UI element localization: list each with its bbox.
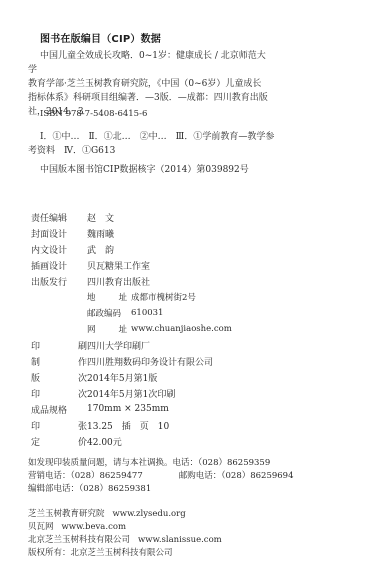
postcode-label: 邮政编码 — [87, 307, 131, 319]
credits-block: 责任编辑 赵 文 封面设计 魏雨曦 内文设计 武 韵 插画设计 贝瓦糖果工作室 … — [31, 209, 351, 449]
credit-label: 插画设计 — [31, 259, 87, 272]
production-label: 定 价 — [31, 435, 87, 448]
site-url[interactable]: www.slanissue.com — [138, 535, 222, 545]
production-value: 四川大学印刷厂 — [87, 339, 150, 352]
label-char: 印 — [31, 419, 40, 432]
production-value: 2014年5月第1版 — [87, 371, 157, 384]
label-char: 张 — [78, 419, 87, 432]
classification-line: 考资料 Ⅳ．①G613 — [28, 144, 288, 158]
credit-value: 武 韵 — [87, 243, 114, 256]
website-value: www.chuanjiaoshe.com — [131, 324, 232, 334]
website-label: 网 址 — [87, 323, 131, 335]
production-row-printing: 印 刷 四川大学印刷厂 — [31, 337, 351, 353]
label-char: 定 — [31, 435, 40, 448]
production-value: 13.25 插 页 10 — [87, 419, 169, 432]
production-value: 170mm × 235mm — [87, 404, 169, 414]
copyright-page: 图书在版编目（CIP）数据 中国儿童全效成长攻略．0~1岁：健康成长 / 北京师… — [0, 0, 375, 569]
publisher-address-row: 地 址 成都市槐树街2号 — [31, 289, 351, 305]
production-label: 制 作 — [31, 355, 87, 368]
production-value: 四川胜翔数码印务设计有限公司 — [87, 355, 213, 368]
production-label: 印 张 — [31, 419, 87, 432]
label-char: 网 — [87, 323, 96, 335]
credit-row-editor: 责任编辑 赵 文 — [31, 209, 351, 225]
label-char: 制 — [31, 355, 40, 368]
contact-block: 如发现印装质量问题，请与本社调换。电话：（028）86259359 营销电话：（… — [28, 457, 294, 496]
label-char: 版 — [31, 371, 40, 384]
credit-value: 贝瓦糖果工作室 — [87, 259, 150, 272]
publisher-postcode-row: 邮政编码 610031 — [31, 305, 351, 321]
cip-line: 中国儿童全效成长攻略．0~1岁：健康成长 / 北京师范大学 — [28, 49, 273, 77]
label-char: 作 — [78, 355, 87, 368]
copyright-text: 版权所有：北京芝兰玉树科技有限公司 — [28, 548, 173, 558]
credit-label: 内文设计 — [31, 243, 87, 256]
address-value: 成都市槐树街2号 — [131, 291, 196, 303]
classification: Ⅰ．①中… Ⅱ．①北… ②中… Ⅲ．①学前教育—教学参 考资料 Ⅳ．①G613 — [28, 130, 288, 158]
label-char: 次 — [78, 371, 87, 384]
credit-label: 封面设计 — [31, 227, 87, 240]
publisher-website-row: 网 址 www.chuanjiaoshe.com — [31, 321, 351, 337]
label-char: 址 — [118, 323, 127, 335]
production-value: 2014年5月第1次印刷 — [87, 387, 175, 400]
production-label: 印 次 — [31, 387, 87, 400]
credit-row-interior-design: 内文设计 武 韵 — [31, 241, 351, 257]
production-label: 印 刷 — [31, 339, 87, 352]
cip-number: 中国版本图书馆CIP数据核字（2014）第039892号 — [40, 162, 249, 175]
label-char: 价 — [78, 435, 87, 448]
production-value: 42.00元 — [87, 435, 122, 448]
cip-line: 指标体系》科研项目组编著．—3版．—成都：四川教育出版 — [28, 91, 273, 105]
postcode-value: 610031 — [131, 308, 163, 318]
credit-value: 四川教育出版社 — [87, 275, 150, 288]
label-char: 地 — [87, 291, 96, 303]
site-url[interactable]: www.beva.com — [62, 522, 127, 532]
site-line: 北京芝兰玉树科技有限公司www.slanissue.com — [28, 534, 222, 547]
production-row-sheets: 印 张 13.25 插 页 10 — [31, 417, 351, 433]
production-row-impression: 印 次 2014年5月第1次印刷 — [31, 385, 351, 401]
phone-line: 营销电话：（028）86259477邮购电话：（028）86259694 — [28, 470, 294, 483]
sales-phone: 营销电话：（028）86259477 — [28, 471, 143, 481]
production-row-production: 制 作 四川胜翔数码印务设计有限公司 — [31, 353, 351, 369]
address-label: 地 址 — [87, 291, 131, 303]
site-line: 贝瓦网www.beva.com — [28, 521, 222, 534]
classification-line: Ⅰ．①中… Ⅱ．①北… ②中… Ⅲ．①学前教育—教学参 — [28, 130, 288, 144]
credit-label: 出版发行 — [31, 275, 87, 288]
label-char: 印 — [31, 339, 40, 352]
site-name: 芝兰玉树教育研究院 — [28, 509, 105, 519]
copyright-line: 版权所有：北京芝兰玉树科技有限公司 — [28, 547, 222, 560]
production-row-price: 定 价 42.00元 — [31, 433, 351, 449]
credit-row-illustration: 插画设计 贝瓦糖果工作室 — [31, 257, 351, 273]
credit-row-cover-design: 封面设计 魏雨曦 — [31, 225, 351, 241]
label-char: 次 — [78, 387, 87, 400]
mail-order-phone: 邮购电话：（028）86259694 — [179, 470, 294, 483]
quality-notice: 如发现印装质量问题，请与本社调换。电话：（028）86259359 — [28, 457, 294, 470]
site-name: 贝瓦网 — [28, 522, 54, 532]
label-char: 刷 — [78, 339, 87, 352]
site-url[interactable]: www.zlysedu.org — [113, 509, 186, 519]
production-row-format: 成品规格 170mm × 235mm — [31, 401, 351, 417]
credit-value: 赵 文 — [87, 211, 114, 224]
editorial-phone: 编辑部电话：（028）86259381 — [28, 483, 294, 496]
label-char: 印 — [31, 387, 40, 400]
credit-value: 魏雨曦 — [87, 227, 114, 240]
websites-block: 芝兰玉树教育研究院www.zlysedu.org 贝瓦网www.beva.com… — [28, 508, 222, 560]
label-char: 址 — [118, 291, 127, 303]
cip-heading: 图书在版编目（CIP）数据 — [40, 30, 161, 45]
production-label: 版 次 — [31, 371, 87, 384]
cip-line: 教育学部·芝兰玉树教育研究院，《中国（0~6岁）儿童成长 — [28, 77, 273, 91]
credit-row-publisher: 出版发行 四川教育出版社 — [31, 273, 351, 289]
site-name: 北京芝兰玉树科技有限公司 — [28, 535, 130, 545]
production-label: 成品规格 — [31, 403, 87, 416]
isbn: ISBN 978-7-5408-6415-6 — [40, 109, 147, 119]
credit-label: 责任编辑 — [31, 211, 87, 224]
site-line: 芝兰玉树教育研究院www.zlysedu.org — [28, 508, 222, 521]
production-row-edition: 版 次 2014年5月第1版 — [31, 369, 351, 385]
